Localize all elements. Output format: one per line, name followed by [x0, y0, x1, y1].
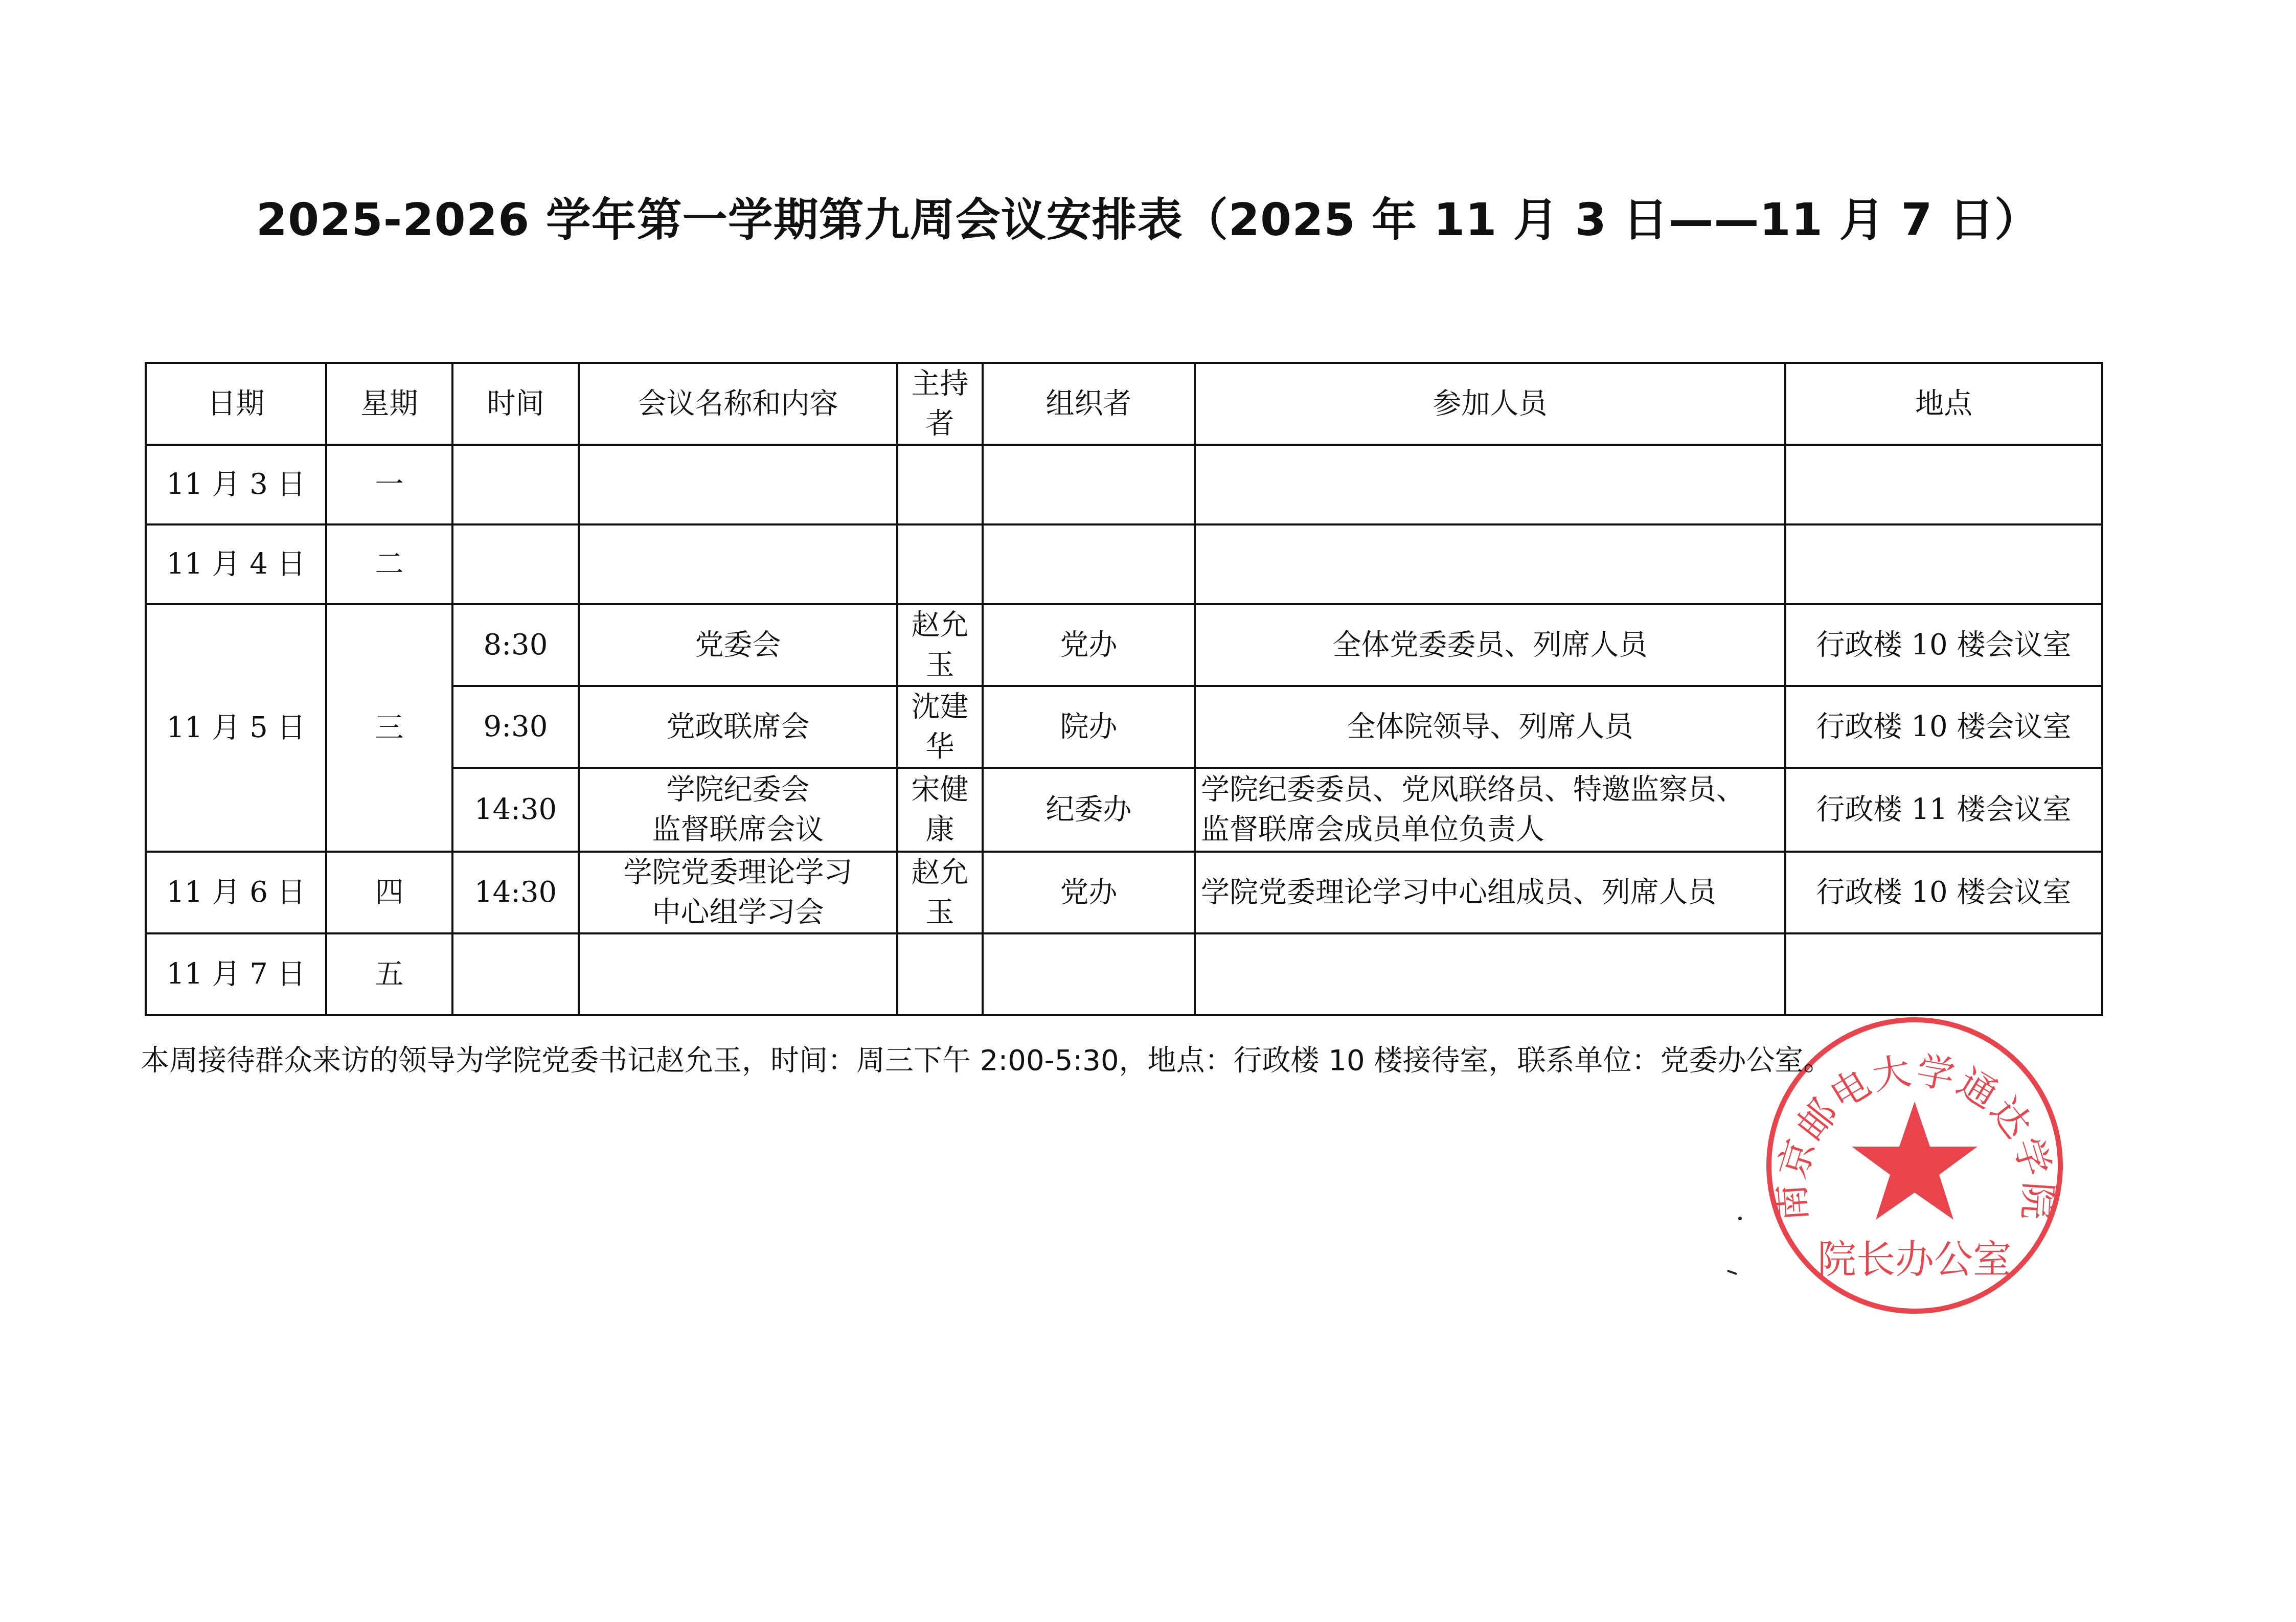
cell-attendees	[1195, 445, 1785, 524]
table-row: 11 月 3 日 一	[146, 445, 2102, 524]
cell-date: 11 月 4 日	[146, 524, 326, 604]
meeting-schedule-table: 日期 星期 时间 会议名称和内容 主持者 组织者 参加人员 地点 11 月 3 …	[145, 362, 2103, 1016]
cell-time	[452, 445, 579, 524]
attendees-line: 学院纪委委员、党风联络员、特邀监察员、	[1201, 770, 1779, 810]
cell-organizer: 院办	[983, 686, 1195, 768]
scan-speck	[1738, 1217, 1742, 1220]
stamp-bottom-text: 院长办公室	[1817, 1237, 2012, 1282]
cell-host: 宋健康	[897, 768, 983, 852]
cell-time: 8:30	[452, 604, 579, 686]
table-row: 11 月 7 日 五	[146, 933, 2102, 1015]
cell-time: 14:30	[452, 852, 579, 933]
table-row: 11 月 4 日 二	[146, 524, 2102, 604]
star-icon	[1852, 1102, 1977, 1220]
cell-organizer: 党办	[983, 852, 1195, 933]
header-attendees: 参加人员	[1195, 363, 1785, 445]
cell-date: 11 月 5 日	[146, 604, 326, 852]
cell-meeting-name: 学院纪委会 监督联席会议	[579, 768, 897, 852]
header-location: 地点	[1785, 363, 2102, 445]
scan-speck	[1727, 1270, 1737, 1275]
cell-date: 11 月 6 日	[146, 852, 326, 933]
cell-organizer	[983, 445, 1195, 524]
header-host: 主持者	[897, 363, 983, 445]
cell-organizer	[983, 524, 1195, 604]
cell-location: 行政楼 10 楼会议室	[1785, 686, 2102, 768]
cell-location: 行政楼 10 楼会议室	[1785, 852, 2102, 933]
cell-meeting-name: 学院党委理论学习 中心组学习会	[579, 852, 897, 933]
cell-organizer: 纪委办	[983, 768, 1195, 852]
cell-host: 赵允玉	[897, 852, 983, 933]
cell-attendees: 学院纪委委员、党风联络员、特邀监察员、 监督联席会成员单位负责人	[1195, 768, 1785, 852]
cell-time: 9:30	[452, 686, 579, 768]
cell-location: 行政楼 11 楼会议室	[1785, 768, 2102, 852]
cell-weekday: 二	[326, 524, 452, 604]
cell-meeting-name: 党委会	[579, 604, 897, 686]
cell-meeting-name: 党政联席会	[579, 686, 897, 768]
table-row: 11 月 6 日 四 14:30 学院党委理论学习 中心组学习会 赵允玉 党办 …	[146, 852, 2102, 933]
cell-weekday: 三	[326, 604, 452, 852]
cell-location	[1785, 445, 2102, 524]
header-weekday: 星期	[326, 363, 452, 445]
cell-attendees	[1195, 933, 1785, 1015]
meeting-name-line: 中心组学习会	[585, 893, 891, 932]
meeting-name-line: 学院党委理论学习	[585, 853, 891, 893]
meeting-name-line: 监督联席会议	[585, 810, 891, 850]
cell-time: 14:30	[452, 768, 579, 852]
header-meeting-name: 会议名称和内容	[579, 363, 897, 445]
cell-host: 赵允玉	[897, 604, 983, 686]
cell-host	[897, 524, 983, 604]
header-time: 时间	[452, 363, 579, 445]
cell-weekday: 五	[326, 933, 452, 1015]
cell-meeting-name	[579, 445, 897, 524]
table-header-row: 日期 星期 时间 会议名称和内容 主持者 组织者 参加人员 地点	[146, 363, 2102, 445]
cell-organizer: 党办	[983, 604, 1195, 686]
reception-note: 本周接待群众来访的领导为学院党委书记赵允玉，时间：周三下午 2:00-5:30，…	[141, 1038, 1832, 1079]
cell-attendees: 学院党委理论学习中心组成员、列席人员	[1195, 852, 1785, 933]
header-organizer: 组织者	[983, 363, 1195, 445]
cell-meeting-name	[579, 524, 897, 604]
cell-organizer	[983, 933, 1195, 1015]
cell-weekday: 一	[326, 445, 452, 524]
cell-attendees: 全体党委委员、列席人员	[1195, 604, 1785, 686]
cell-attendees: 全体院领导、列席人员	[1195, 686, 1785, 768]
cell-meeting-name	[579, 933, 897, 1015]
cell-weekday: 四	[326, 852, 452, 933]
cell-host: 沈建华	[897, 686, 983, 768]
attendees-line: 监督联席会成员单位负责人	[1201, 810, 1779, 850]
cell-host	[897, 933, 983, 1015]
cell-location	[1785, 933, 2102, 1015]
table-row: 11 月 5 日 三 8:30 党委会 赵允玉 党办 全体党委委员、列席人员 行…	[146, 604, 2102, 686]
cell-host	[897, 445, 983, 524]
page-title: 2025-2026 学年第一学期第九周会议安排表（2025 年 11 月 3 日…	[0, 184, 2296, 248]
cell-location: 行政楼 10 楼会议室	[1785, 604, 2102, 686]
cell-date: 11 月 7 日	[146, 933, 326, 1015]
cell-date: 11 月 3 日	[146, 445, 326, 524]
header-date: 日期	[146, 363, 326, 445]
cell-time	[452, 524, 579, 604]
cell-attendees	[1195, 524, 1785, 604]
meeting-name-line: 学院纪委会	[585, 770, 891, 810]
cell-time	[452, 933, 579, 1015]
cell-location	[1785, 524, 2102, 604]
official-seal: 南京邮电大学通达学院 院长办公室	[1764, 1015, 2065, 1316]
